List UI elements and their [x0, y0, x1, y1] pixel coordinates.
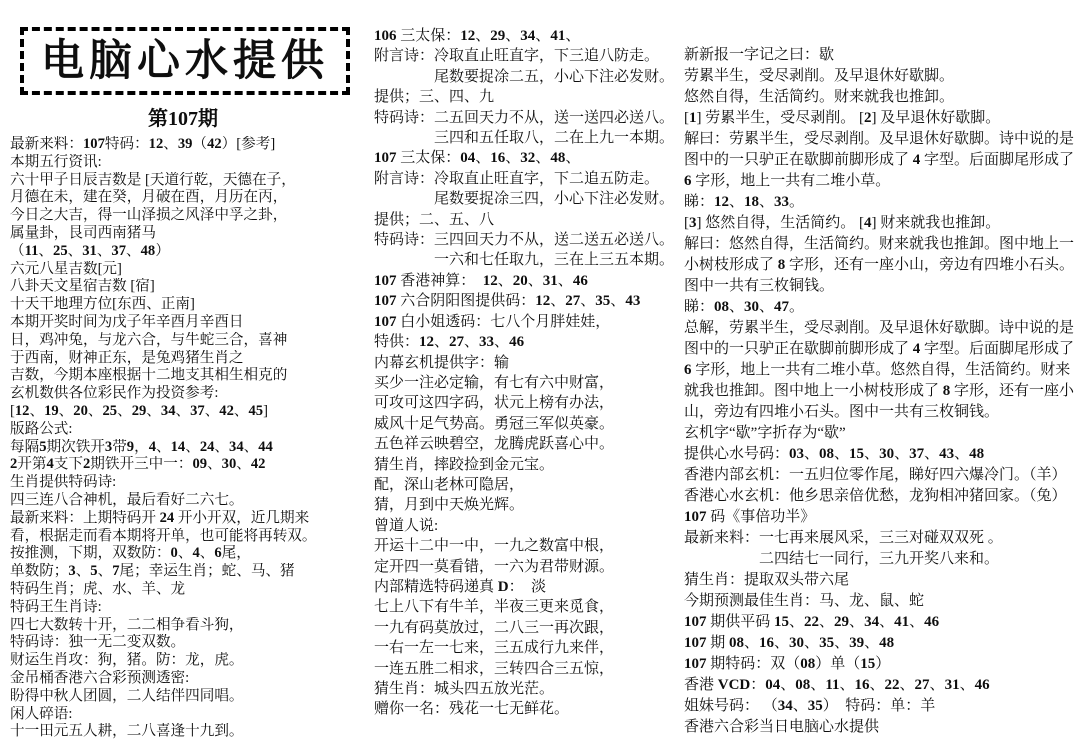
text-line: 可攻可这四字码，状元上榜有办法，: [374, 393, 682, 413]
text-line: [12、19、20、25、29、34、37、42、45]: [10, 403, 372, 421]
text-line: 四七大数转十开，二二相争看斗狗，: [10, 617, 372, 635]
text-line: 金吊桶香港六合彩预测透密:: [10, 670, 372, 688]
text-line: 香港心水玄机：他乡思亲倍优愁，龙狗相冲猪回家。（兔）: [684, 486, 1080, 507]
text-line: 配，深山老林可隐居，: [374, 475, 682, 495]
text-line: 附言诗：冷取直止旺直字，下二追五防走。: [374, 169, 682, 189]
text-line: [1] 劳累半生，受尽剥削。 [2] 及早退休好歇脚。: [684, 108, 1080, 129]
text-line: 睇：08、30、47。: [684, 297, 1080, 318]
text-line: 十天干地理方位[东西、正南]: [10, 296, 372, 314]
text-line: 曾道人说:: [374, 516, 682, 536]
text-line: 6 字形，地上一共有二堆小草。: [684, 171, 1080, 192]
text-line: 尾数要捉凃二五，小心下注必发财。: [374, 67, 682, 87]
text-line: 今日之大吉，得一山泽损之风泽中孚之卦，: [10, 207, 372, 225]
text-line: 每隔5期次铁开3带9，4、14、24、34、44: [10, 439, 372, 457]
text-line: 本期开奖时间为戊子年辛酉月辛酉日: [10, 314, 372, 332]
text-line: 今期预测最佳生肖：马、龙、鼠、蛇: [684, 591, 1080, 612]
text-line: 一右一左一七来，三五成行九来伴，: [374, 638, 682, 658]
text-line: 六元八星吉数[元]: [10, 261, 372, 279]
text-line: 图中的一只驴正在歇脚前脚形成了 4 字型。后面脚尾形成了: [684, 150, 1080, 171]
left-column: 电脑心水提供 第107期 最新来料：107特码：12、39（42）[参考]本期五…: [10, 27, 372, 741]
text-line: 本期五行资讯:: [10, 154, 372, 172]
text-line: 提供；三、四、九: [374, 87, 682, 107]
text-line: 闲人碎语:: [10, 706, 372, 724]
text-line: 盼得中秋人团圆，二人结伴四同唱。: [10, 688, 372, 706]
text-line: 解曰：悠然自得，生活简约。财来就我也推卸。图中地上一: [684, 234, 1080, 255]
text-line: 107 期 08、16、30、35、39、48: [684, 633, 1080, 654]
text-line: 特码诗：三四回天力不从，送二送五必送八。: [374, 230, 682, 250]
text-line: 提供心水号码：03、08、15、30、37、43、48: [684, 444, 1080, 465]
text-line: 五色祥云映碧空，龙腾虎跃喜心中。: [374, 434, 682, 454]
text-line: 6 字形，地上一共有二堆小草。悠然自得，生活简约。财来: [684, 360, 1080, 381]
text-line: 一六和七任取九，三在上三五本期。: [374, 250, 682, 270]
text-line: 106 三太保：12、29、34、41、: [374, 26, 682, 46]
text-line: 新新报一字记之曰：歇: [684, 45, 1080, 66]
middle-column-text: 106 三太保：12、29、34、41、附言诗：冷取直止旺直字，下三追八防走。 …: [374, 26, 682, 720]
text-line: 睇：12、18、33。: [684, 192, 1080, 213]
text-line: 2开第4支下2期铁开三中一：09、30、42: [10, 456, 372, 474]
text-line: 买少一注必定输，有七有六中财富，: [374, 373, 682, 393]
text-line: 八卦天文星宿吉数 [宿]: [10, 278, 372, 296]
text-line: 属量卦，艮司西南猪马: [10, 225, 372, 243]
text-line: 特码王生肖诗:: [10, 599, 372, 617]
text-line: 图中的一只驴正在歇脚前脚形成了 4 字型。后面脚尾形成了: [684, 339, 1080, 360]
text-line: 香港内部玄机：一五归位零作尾，睇好四六爆冷门。（羊）: [684, 465, 1080, 486]
text-line: 二四结七一同行，三九开奖八来和。: [684, 549, 1080, 570]
text-line: 于西南，财神正东，是兔鸡猪生肖之: [10, 350, 372, 368]
text-line: 按推测，下期，双数防：0、4、6尾，: [10, 545, 372, 563]
text-line: 吉数，今期本座根据十二地支其相生相克的: [10, 367, 372, 385]
page-title: 电脑心水提供: [41, 40, 329, 83]
text-line: （11、25、31、37、48）: [10, 243, 372, 261]
text-line: 图中一共有三枚铜钱。: [684, 276, 1080, 297]
text-line: 六十甲子日辰吉数是 [天道行乾，天德在子，: [10, 172, 372, 190]
masthead-box: 电脑心水提供: [20, 27, 350, 95]
text-line: 最新来料：一七再来展风采，三三对碰双双死 。: [684, 528, 1080, 549]
text-line: 劳累半生，受尽剥削。及早退休好歇脚。: [684, 66, 1080, 87]
text-line: 特供：12、27、33、46: [374, 332, 682, 352]
issue-number: 第107期: [10, 102, 356, 131]
text-line: 赠你一名：残花一七无鲜花。: [374, 699, 682, 719]
text-line: 107 白小姐透码：七八个月胖娃娃，: [374, 312, 682, 332]
text-line: 107 码《事倍功半》: [684, 507, 1080, 528]
text-line: 尾数要捉凃三四，小心下注必发财。: [374, 189, 682, 209]
text-line: 107 六合阴阳图提供码：12、27、35、43: [374, 291, 682, 311]
text-line: 四三连八合神机，最后看好二六七。: [10, 492, 372, 510]
text-line: 107 期供平码 15、22、29、34、41、46: [684, 612, 1080, 633]
text-line: 一连五胜二相求，三转四合三五惊，: [374, 659, 682, 679]
text-line: 特码生肖；虎、水、羊、龙: [10, 581, 372, 599]
text-line: 玄机数供各位彩民作为投资参考:: [10, 385, 372, 403]
text-line: 威风十足气势高。勇冠三军似英豪。: [374, 414, 682, 434]
text-line: 生肖提供特码诗:: [10, 474, 372, 492]
text-line: 解曰：劳累半生，受尽剥削。及早退休好歇脚。诗中说的是: [684, 129, 1080, 150]
text-line: 猜，月到中天焕光辉。: [374, 495, 682, 515]
text-line: 107 三太保：04、16、32、48、: [374, 148, 682, 168]
text-line: 就我也推卸。图中地上一小树枝形成了 8 字形，还有一座小: [684, 381, 1080, 402]
text-line: 开运十二中一中，一九之数富中根，: [374, 536, 682, 556]
text-line: 提供；二、五、八: [374, 210, 682, 230]
text-line: 财运生肖攻：狗，猪。防：龙，虎。: [10, 652, 372, 670]
text-line: 单数防；3、5、7尾；幸运生肖；蛇、马、猪: [10, 563, 372, 581]
text-line: 猜生肖，摔跤捡到金元宝。: [374, 455, 682, 475]
right-column-text: 新新报一字记之曰：歇劳累半生，受尽剥削。及早退休好歇脚。悠然自得，生活简约。财来…: [684, 45, 1080, 738]
text-line: 内部精选特码递真 D： 淡: [374, 577, 682, 597]
left-column-text: 最新来料：107特码：12、39（42）[参考]本期五行资讯:六十甲子日辰吉数是…: [10, 136, 372, 741]
text-line: 一九有码莫放过，二八三一再次跟，: [374, 618, 682, 638]
text-line: 十一田元五人耕，二八喜逢十九到。: [10, 723, 372, 741]
text-line: 三四和五任取八，二在上九一本期。: [374, 128, 682, 148]
text-line: 最新来料：107特码：12、39（42）[参考]: [10, 136, 372, 154]
text-line: 特码诗：独一无二变双数。: [10, 634, 372, 652]
text-line: 猜生肖：城头四五放光茫。: [374, 679, 682, 699]
text-line: 附言诗：冷取直止旺直字，下三追八防走。: [374, 46, 682, 66]
text-line: 特码诗：二五回天力不从，送一送四必送八。: [374, 108, 682, 128]
text-line: 姐妹号码： （34、35） 特码：单：羊: [684, 696, 1080, 717]
text-line: 香港 VCD：04、08、11、16、22、27、31、46: [684, 675, 1080, 696]
text-line: 香港六合彩当日电脑心水提供: [684, 717, 1080, 738]
text-line: 定开四一莫看错，一六为君带财源。: [374, 557, 682, 577]
text-line: 玄机字“歇”字折存为“歇”: [684, 423, 1080, 444]
text-line: 最新来料：上期特码开 24 开小开双，近几期来: [10, 510, 372, 528]
text-line: 猜生肖：提取双头带六尾: [684, 570, 1080, 591]
text-line: 版路公式:: [10, 421, 372, 439]
text-line: 107 香港神算： 12、20、31、46: [374, 271, 682, 291]
text-line: 总解，劳累半生，受尽剥削。及早退休好歇脚。诗中说的是: [684, 318, 1080, 339]
text-line: 日，鸡冲兔，与龙六合，与牛蛇三合，喜神: [10, 332, 372, 350]
text-line: 内幕玄机提供字：输: [374, 353, 682, 373]
text-line: 悠然自得，生活简约。财来就我也推卸。: [684, 87, 1080, 108]
text-line: 山，旁边有四堆小石头。图中一共有三枚铜钱。: [684, 402, 1080, 423]
text-line: 107 期特码：双（08）单（15）: [684, 654, 1080, 675]
text-line: 月德在未，建在癸，月破在酉，月历在丙，: [10, 189, 372, 207]
text-line: 小树枝形成了 8 字形，还有一座小山，旁边有四堆小石头。: [684, 255, 1080, 276]
text-line: 七上八下有牛羊，半夜三更来觅食，: [374, 597, 682, 617]
text-line: 看，根据走而看本期将开单，也可能将再转双。: [10, 528, 372, 546]
text-line: [3] 悠然自得，生活简约。 [4] 财来就我也推卸。: [684, 213, 1080, 234]
